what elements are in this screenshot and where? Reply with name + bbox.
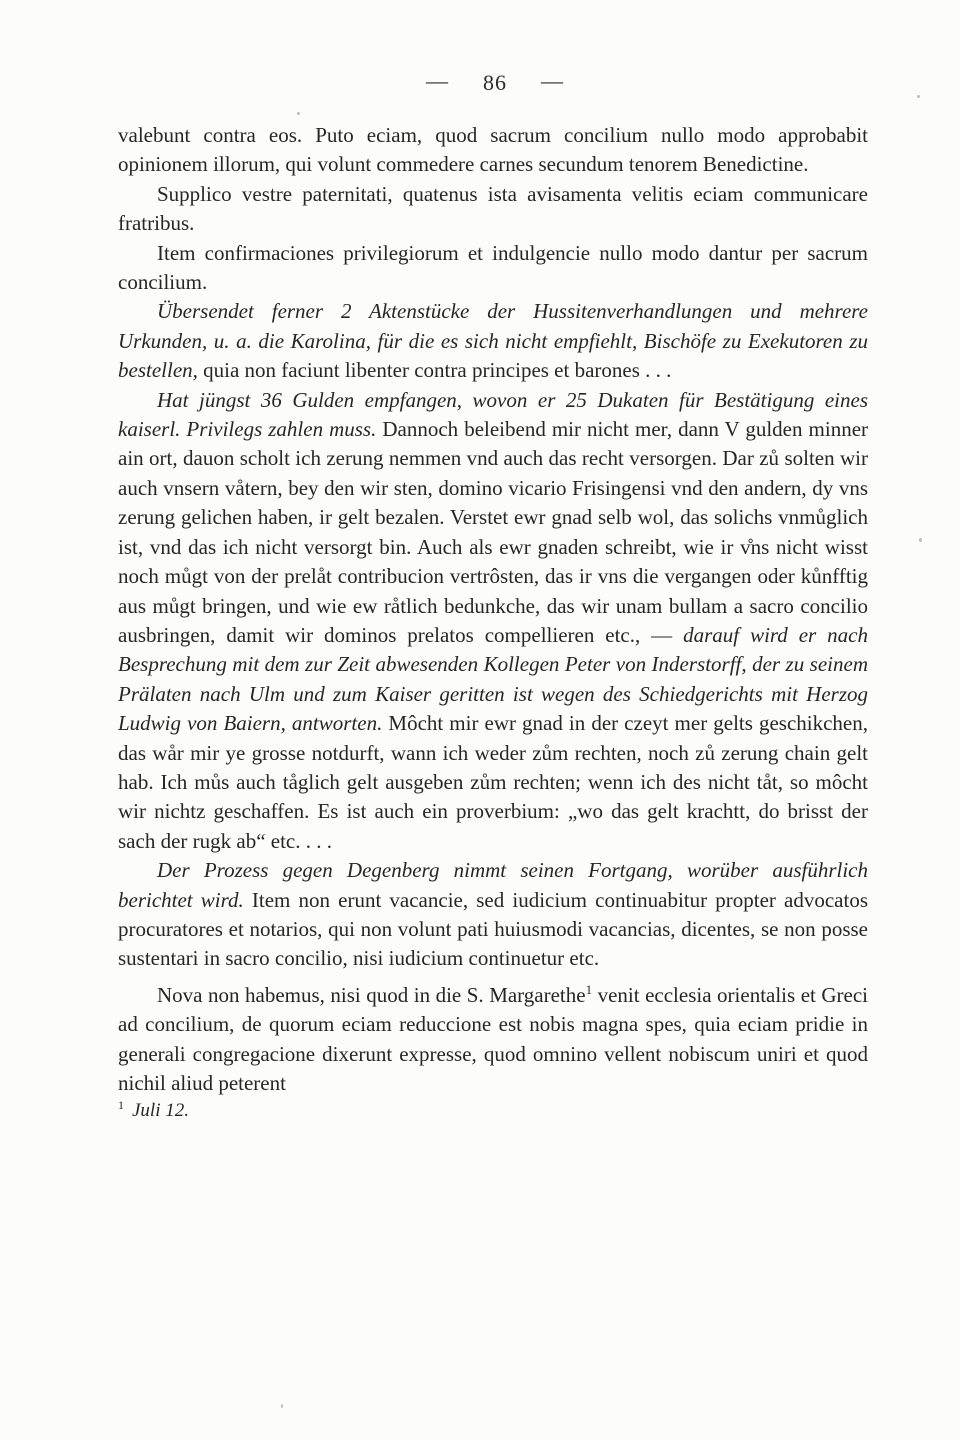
paragraph: Hat jüngst 36 Gulden empfangen, wovon er… [118, 386, 868, 857]
paragraph: Supplico vestre paternitati, quatenus is… [118, 180, 868, 239]
text-run: Dannoch beleibend mir nicht mer, dann V … [118, 417, 868, 647]
text-run: Item confirmaciones privilegiorum et ind… [118, 241, 868, 294]
body-text: valebunt contra eos. Puto eciam, quod sa… [118, 121, 868, 1124]
scan-speck [917, 95, 920, 98]
page-header: —86— [120, 70, 870, 96]
paragraph: Item confirmaciones privilegiorum et ind… [118, 239, 868, 298]
scanned-book-page: —86— valebunt contra eos. Puto eciam, qu… [0, 0, 960, 1440]
scan-speck [281, 1404, 283, 1408]
header-dash-right: — [541, 68, 564, 94]
header-dash-left: — [426, 68, 449, 94]
text-run: Nova non habemus, nisi quod in die S. Ma… [157, 983, 586, 1007]
text-run: quia non faciunt libenter contra princip… [203, 358, 671, 382]
paragraph: valebunt contra eos. Puto eciam, quod sa… [118, 121, 868, 180]
footnote: 1Juli 12. [118, 1098, 868, 1124]
paragraph: Übersendet ferner 2 Aktenstücke der Huss… [118, 297, 868, 385]
italic-run: Juli 12. [132, 1100, 189, 1121]
page-number: 86 [483, 70, 507, 95]
paragraph: Der Prozess gegen Degenberg nimmt seinen… [118, 856, 868, 974]
paragraph: Nova non habemus, nisi quod in die S. Ma… [118, 981, 868, 1099]
text-run: valebunt contra eos. Puto eciam, quod sa… [118, 123, 868, 176]
text-run: Supplico vestre paternitati, quatenus is… [118, 182, 868, 235]
scan-speck [297, 112, 300, 115]
footnote-ref: 1 [118, 1098, 124, 1112]
scan-speck [919, 538, 922, 542]
